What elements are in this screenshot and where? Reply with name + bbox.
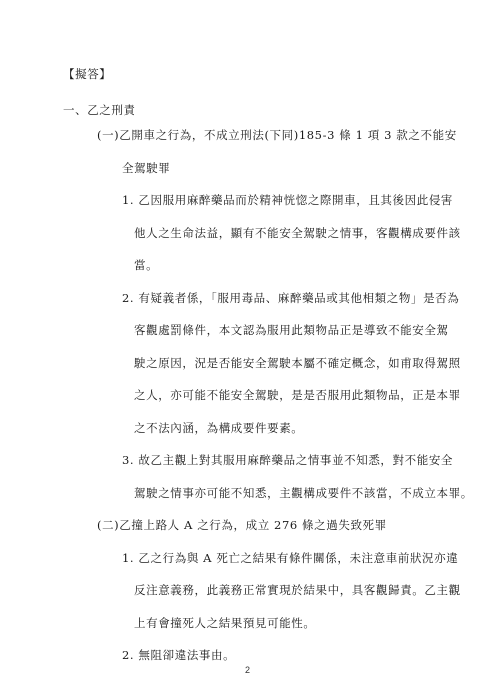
text-line: 駕駛之情事亦可能不知悉，主觀構成要件不該當，不成立本罪。 <box>134 485 473 501</box>
text-line: 全駕駛罪 <box>122 160 170 176</box>
text-line: 當。 <box>134 257 158 273</box>
text-line: (二)乙撞上路人 A 之行為，成立 276 條之過失致死罪 <box>97 517 387 533</box>
text-line: 客觀處罰條件，本文認為服用此類物品正是導致不能安全駕 <box>134 322 449 338</box>
text-line: 他人之生命法益，顯有不能安全駕駛之情事，客觀構成要件該 <box>134 225 461 241</box>
text-line: (一)乙開車之行為，不成立刑法(下同)185-3 條 1 項 3 款之不能安 <box>97 127 457 143</box>
answer-heading: 【擬答】 <box>63 66 111 82</box>
text-line: 1. 乙因服用麻醉藥品而於精神恍惚之際開車，且其後因此侵害 <box>122 192 453 208</box>
text-line: 之不法內涵，為構成要件要素。 <box>134 420 303 436</box>
text-line: 3. 故乙主觀上對其服用麻醉藥品之情事並不知悉，對不能安全 <box>122 452 453 468</box>
text-line: 之人，亦可能不能安全駕駛，是是否服用此類物品，正是本罪 <box>134 387 461 403</box>
page-number: 2 <box>0 665 495 675</box>
section-title: 一、乙之刑責 <box>63 102 136 118</box>
text-line: 反注意義務，此義務正常實現於結果中，具客觀歸責。乙主觀 <box>134 582 461 598</box>
text-line: 駛之原因，況是否能安全駕駛本屬不確定概念，如甫取得駕照 <box>134 355 461 371</box>
text-line: 1. 乙之行為與 A 死亡之結果有條件關係，未注意車前狀況亦違 <box>122 550 458 566</box>
text-line: 2. 有疑義者係，「服用毒品、麻醉藥品或其他相類之物」是否為 <box>122 290 459 306</box>
text-line: 2. 無阻卻違法事由。 <box>122 647 235 663</box>
text-line: 上有會撞死人之結果預見可能性。 <box>134 615 316 631</box>
